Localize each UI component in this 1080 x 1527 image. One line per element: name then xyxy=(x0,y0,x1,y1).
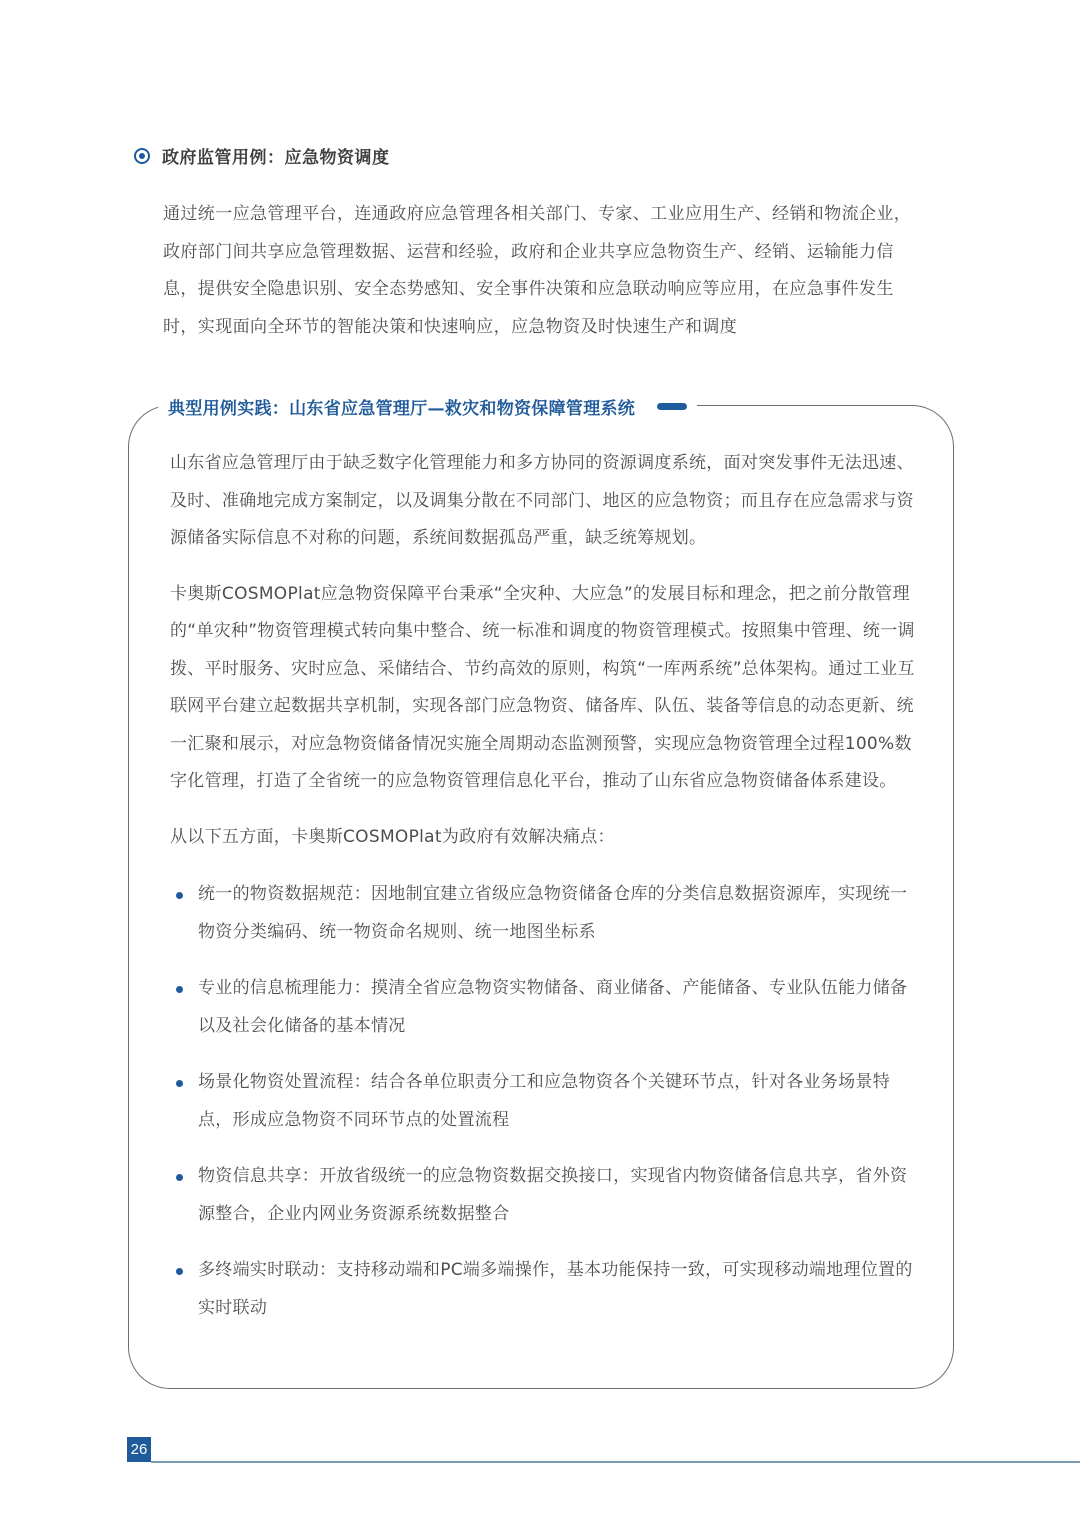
list-item-text: 专业的信息梳理能力：摸清全省应急物资实物储备、商业储备、产能储备、专业队伍能力储… xyxy=(198,978,907,1036)
bullet-dot-icon xyxy=(176,1080,183,1087)
case-paragraph: 山东省应急管理厅由于缺乏数字化管理能力和多方协同的资源调度系统，面对突发事件无法… xyxy=(170,445,916,558)
list-item: 多终端实时联动：支持移动端和PC端多端操作，基本功能保持一致，可实现移动端地理位… xyxy=(170,1252,916,1327)
case-paragraph: 卡奥斯COSMOPlat应急物资保障平台秉承“全灾种、大应急”的发展目标和理念，… xyxy=(170,576,916,801)
list-item-text: 多终端实时联动：支持移动端和PC端多端操作，基本功能保持一致，可实现移动端地理位… xyxy=(198,1260,913,1318)
page-number: 26 xyxy=(127,1437,151,1462)
section-heading: 政府监管用例：应急物资调度 xyxy=(134,143,390,168)
case-study-header: 典型用例实践：山东省应急管理厅—救灾和物资保障管理系统 xyxy=(158,392,697,420)
pill-accent-icon xyxy=(657,403,687,410)
intro-paragraph: 通过统一应急管理平台，连通政府应急管理各相关部门、专家、工业应用生产、经销和物流… xyxy=(163,196,963,346)
intro-line: 息，提供安全隐患识别、安全态势感知、安全事件决策和应急联动响应等应用，在应急事件… xyxy=(163,271,963,309)
pain-point-list: 统一的物资数据规范：因地制宜建立省级应急物资储备仓库的分类信息数据资源库，实现统… xyxy=(170,876,916,1327)
bullet-dot-icon xyxy=(176,1268,183,1275)
bullet-dot-icon xyxy=(176,1174,183,1181)
list-item: 场景化物资处置流程：结合各单位职责分工和应急物资各个关键环节点，针对各业务场景特… xyxy=(170,1064,916,1139)
list-item-text: 场景化物资处置流程：结合各单位职责分工和应急物资各个关键环节点，针对各业务场景特… xyxy=(198,1072,890,1130)
case-paragraph: 从以下五方面，卡奥斯COSMOPlat为政府有效解决痛点： xyxy=(170,819,916,857)
case-study-title: 典型用例实践：山东省应急管理厅—救灾和物资保障管理系统 xyxy=(168,394,635,419)
bullet-dot-icon xyxy=(176,892,183,899)
bullet-dot-icon xyxy=(176,986,183,993)
intro-line: 时，实现面向全环节的智能决策和快速响应，应急物资及时快速生产和调度 xyxy=(163,309,963,347)
list-item-text: 物资信息共享：开放省级统一的应急物资数据交换接口，实现省内物资储备信息共享，省外… xyxy=(198,1166,907,1224)
radio-bullet-icon xyxy=(134,148,150,164)
intro-line: 政府部门间共享应急管理数据、运营和经验，政府和企业共享应急物资生产、经销、运输能… xyxy=(163,234,963,272)
footer-rule xyxy=(151,1461,1080,1463)
list-item: 统一的物资数据规范：因地制宜建立省级应急物资储备仓库的分类信息数据资源库，实现统… xyxy=(170,876,916,951)
list-item: 物资信息共享：开放省级统一的应急物资数据交换接口，实现省内物资储备信息共享，省外… xyxy=(170,1158,916,1233)
section-title: 政府监管用例：应急物资调度 xyxy=(162,143,390,168)
case-study-body: 山东省应急管理厅由于缺乏数字化管理能力和多方协同的资源调度系统，面对突发事件无法… xyxy=(170,445,916,1346)
list-item: 专业的信息梳理能力：摸清全省应急物资实物储备、商业储备、产能储备、专业队伍能力储… xyxy=(170,970,916,1045)
list-item-text: 统一的物资数据规范：因地制宜建立省级应急物资储备仓库的分类信息数据资源库，实现统… xyxy=(198,884,907,942)
intro-line: 通过统一应急管理平台，连通政府应急管理各相关部门、专家、工业应用生产、经销和物流… xyxy=(163,196,963,234)
